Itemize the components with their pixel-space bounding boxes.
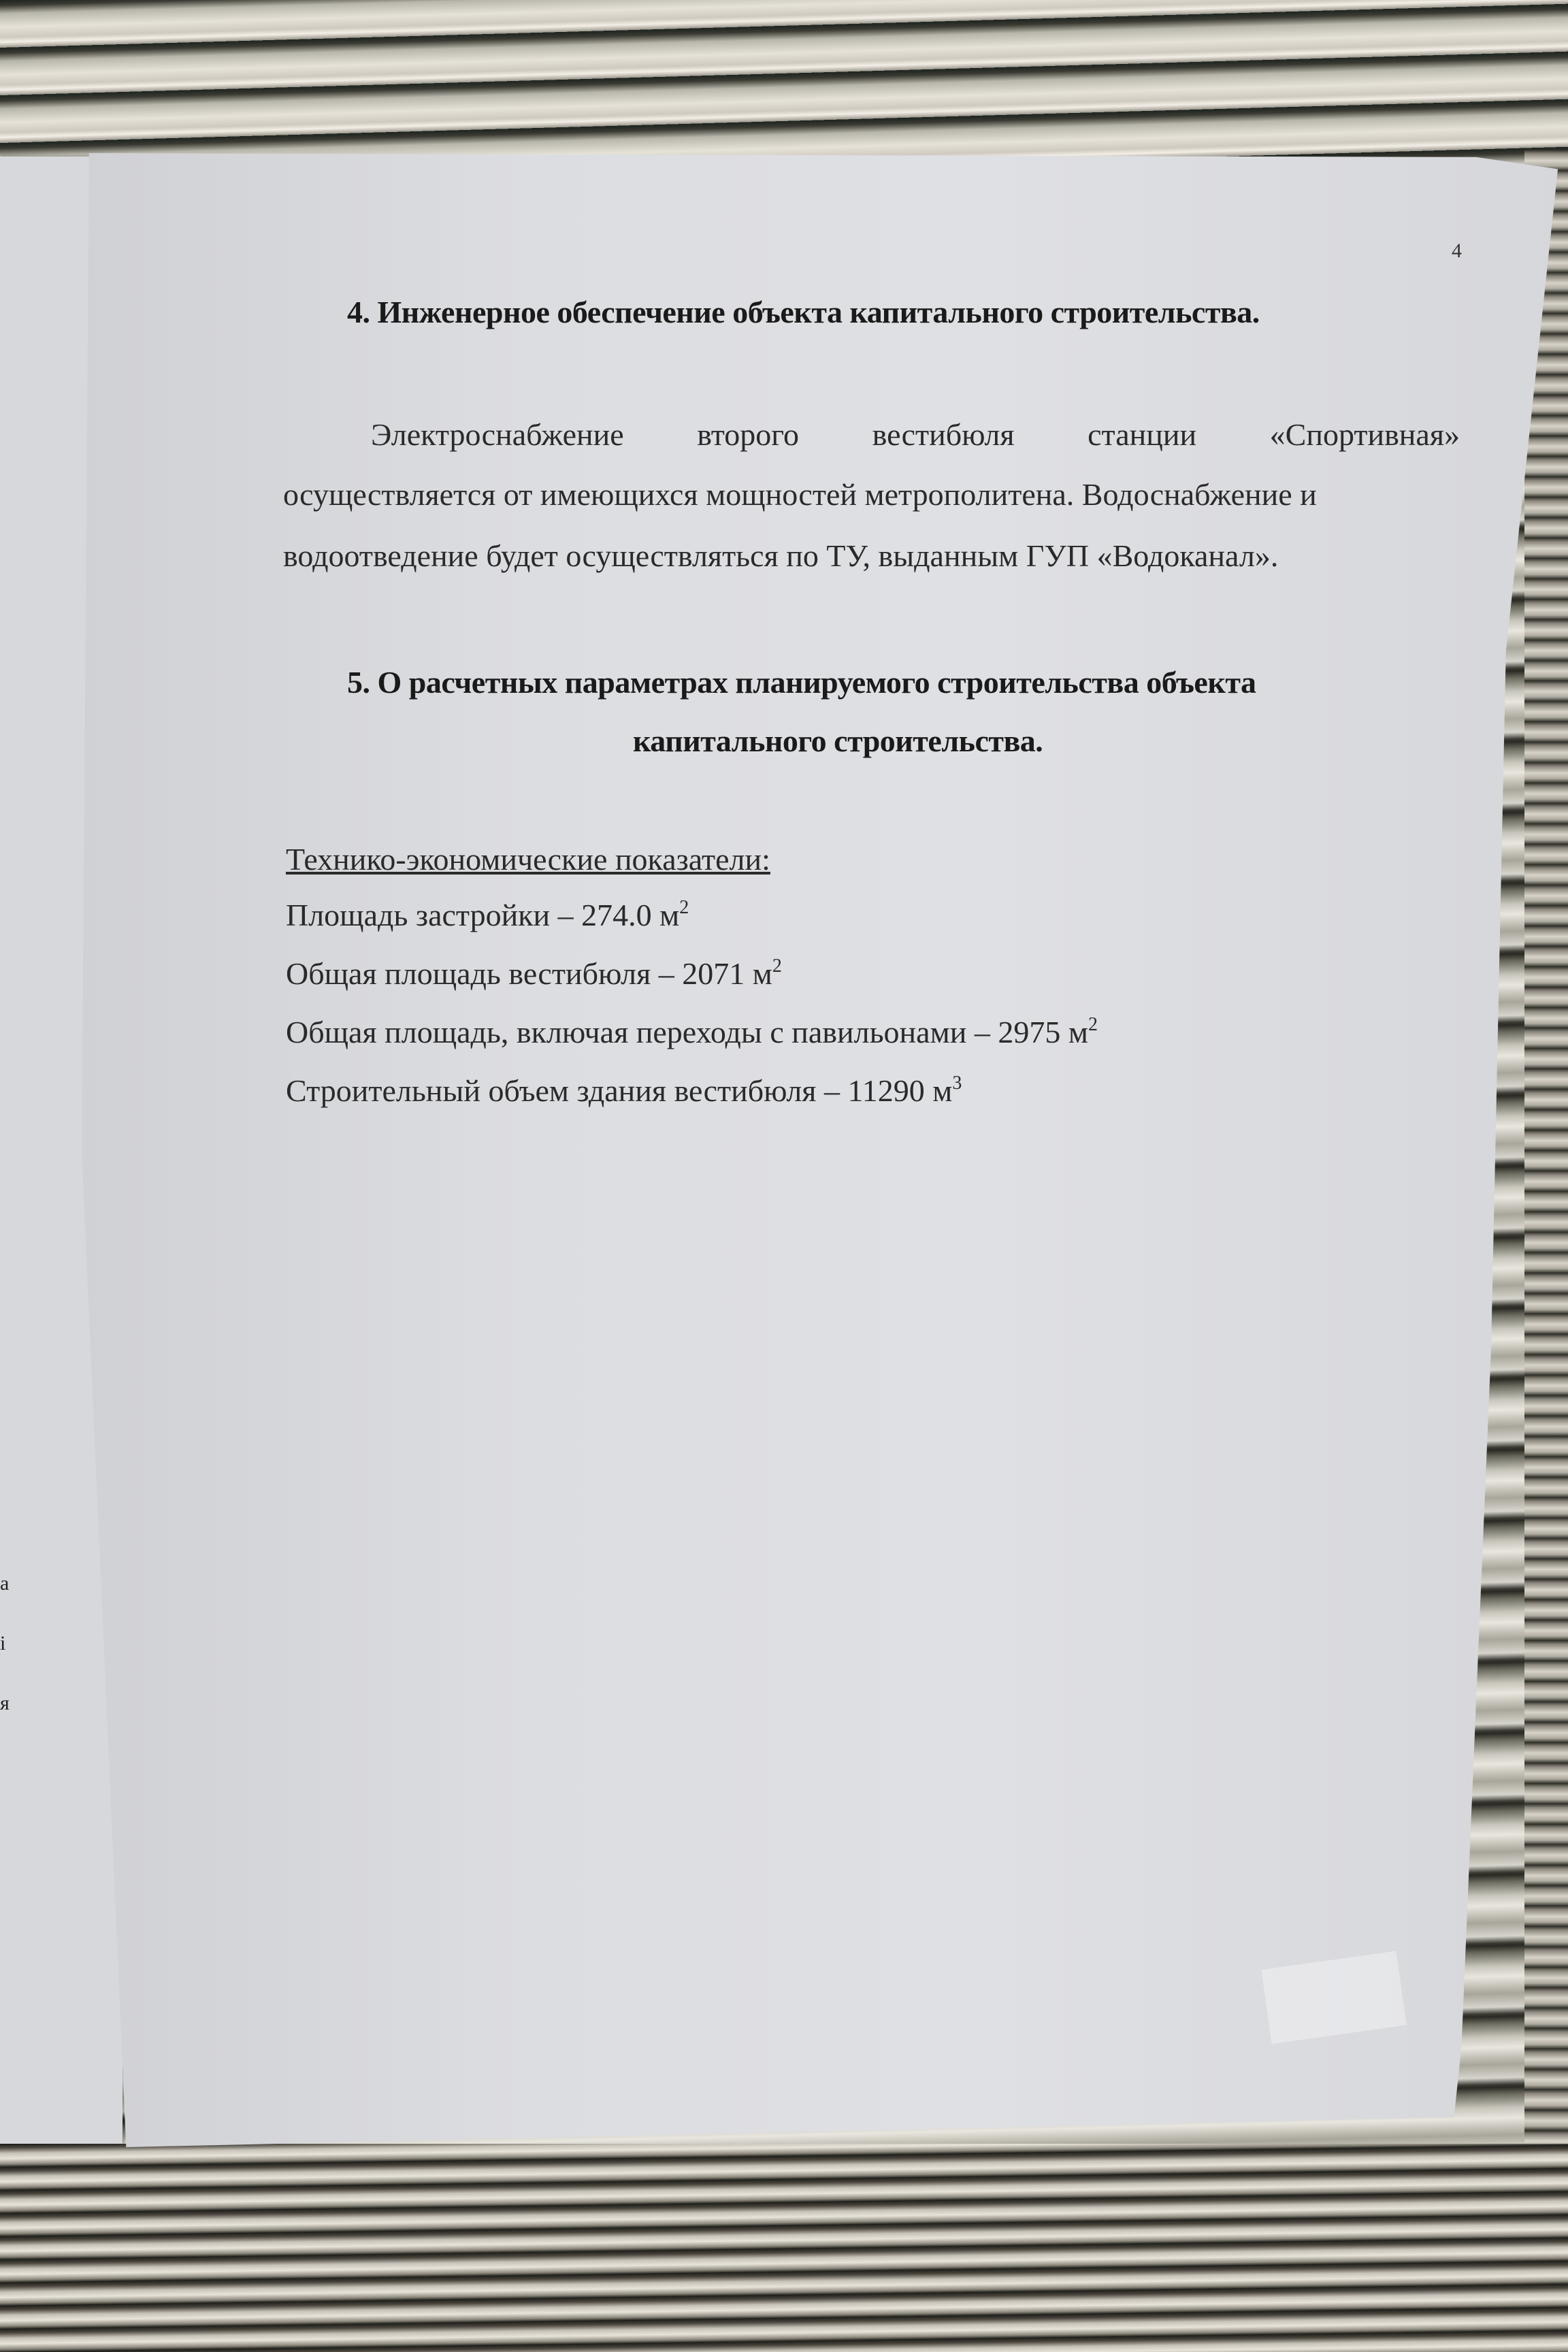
previous-page-fragment: а	[0, 1572, 9, 1595]
metal-shutter-top	[0, 0, 1568, 163]
unit-power: 2	[679, 897, 689, 918]
unit-power: 3	[952, 1073, 962, 1094]
indicator-building-area: Площадь застройки – 274.0 м2	[286, 897, 689, 933]
word: вестибюля	[872, 416, 1015, 453]
metal-shutter-right	[1524, 150, 1568, 2191]
indicator-label: Общая площадь, включая переходы с павиль…	[286, 1015, 1088, 1049]
section-4-paragraph-line-1: Электроснабжение второго вестибюля станц…	[371, 416, 1460, 453]
section-4-paragraph-line-2: осуществляется от имеющихся мощностей ме…	[283, 476, 1317, 512]
indicator-total-area: Общая площадь, включая переходы с павиль…	[286, 1014, 1098, 1050]
metal-shutter-bottom	[0, 2144, 1568, 2352]
indicator-building-volume: Строительный объем здания вестибюля – 11…	[286, 1073, 962, 1109]
section-4-heading: 4. Инженерное обеспечение объекта капита…	[347, 294, 1260, 330]
word: станции	[1088, 416, 1196, 453]
indicator-label: Площадь застройки – 274.0 м	[286, 898, 679, 932]
page-number: 4	[1452, 240, 1462, 263]
indicators-title: Технико-экономические показатели:	[286, 841, 770, 877]
word: «Спортивная»	[1270, 416, 1460, 453]
indicator-label: Общая площадь вестибюля – 2071 м	[286, 956, 772, 991]
section-5-heading-line-2: капитального строительства.	[633, 723, 1043, 759]
section-4-paragraph-line-3: водоотведение будет осуществляться по ТУ…	[283, 538, 1278, 574]
section-5-heading-line-1: 5. О расчетных параметрах планируемого с…	[347, 664, 1256, 700]
previous-page-fragment: я	[0, 1692, 10, 1715]
unit-power: 2	[772, 955, 782, 977]
word: второго	[697, 416, 799, 453]
unit-power: 2	[1088, 1014, 1098, 1035]
word: Электроснабжение	[371, 416, 624, 453]
previous-page-fragment: і	[0, 1632, 5, 1655]
indicator-label: Строительный объем здания вестибюля – 11…	[286, 1073, 952, 1108]
indicator-vestibule-area: Общая площадь вестибюля – 2071 м2	[286, 955, 782, 992]
